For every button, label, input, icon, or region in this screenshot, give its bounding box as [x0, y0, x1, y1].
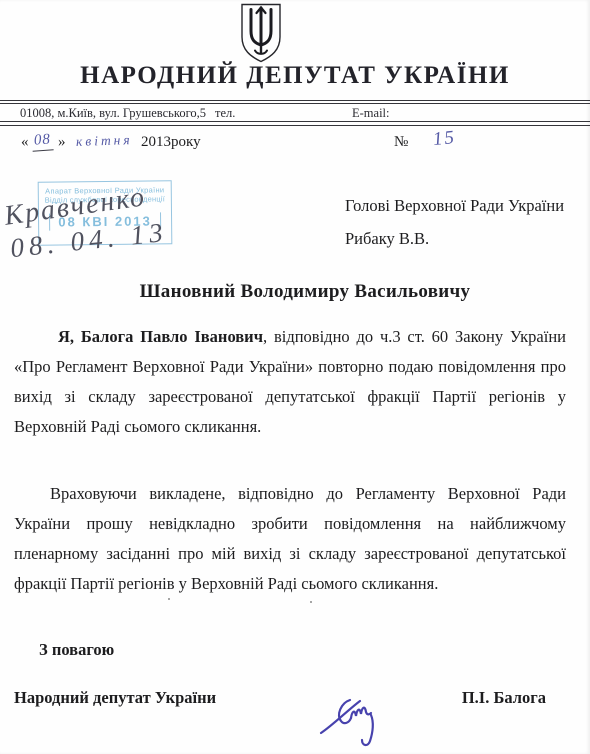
rule-top-lower	[0, 103, 590, 104]
closing-phrase: З повагою	[39, 640, 114, 660]
scan-speck	[168, 598, 170, 600]
salutation: Шановний Володимиру Васильовичу	[20, 281, 590, 303]
ukraine-trident-emblem-icon	[240, 3, 282, 63]
letterhead-title: НАРОДНИЙ ДЕПУТАТ УКРАЇНИ	[0, 62, 590, 90]
quote-close: »	[58, 134, 66, 151]
rule-bottom-upper	[0, 121, 590, 122]
handwritten-day: 08	[31, 131, 53, 151]
handwritten-signature-icon	[315, 688, 415, 748]
rule-bottom-lower	[0, 125, 590, 126]
sender-name-bold: Я, Балога Павло Іванович	[58, 327, 263, 346]
typed-year: 2013року	[141, 134, 201, 151]
date-number-line: « 08 » квітня 2013року № 15	[0, 132, 590, 162]
tel-label: тел.	[215, 106, 235, 121]
signoff-name: П.І. Балога	[462, 688, 546, 708]
letter-body: Я, Балога Павло Іванович, відповідно до …	[14, 322, 566, 599]
email-label: E-mail:	[352, 106, 390, 121]
scan-speck	[310, 601, 312, 603]
addressee-position: Голові Верховної Ради України	[345, 189, 564, 222]
quote-open: «	[21, 134, 29, 151]
letterhead-address: 01008, м.Київ, вул. Грушевського,5	[20, 106, 206, 121]
addressee-name: Рибаку В.В.	[345, 222, 564, 255]
handwritten-month: квітня	[76, 132, 133, 150]
handwritten-doc-number: 15	[432, 127, 457, 151]
rule-top-upper	[0, 100, 590, 101]
body-paragraph-2: Враховуючи викладене, відповідно до Регл…	[14, 479, 566, 599]
number-sign-label: №	[394, 134, 408, 151]
addressee-block: Голові Верховної Ради України Рибаку В.В…	[345, 189, 564, 255]
signoff-position: Народний депутат України	[14, 688, 216, 708]
scanned-letter-page: НАРОДНИЙ ДЕПУТАТ УКРАЇНИ 01008, м.Київ, …	[0, 0, 590, 754]
body-paragraph-1: Я, Балога Павло Іванович, відповідно до …	[14, 322, 566, 442]
